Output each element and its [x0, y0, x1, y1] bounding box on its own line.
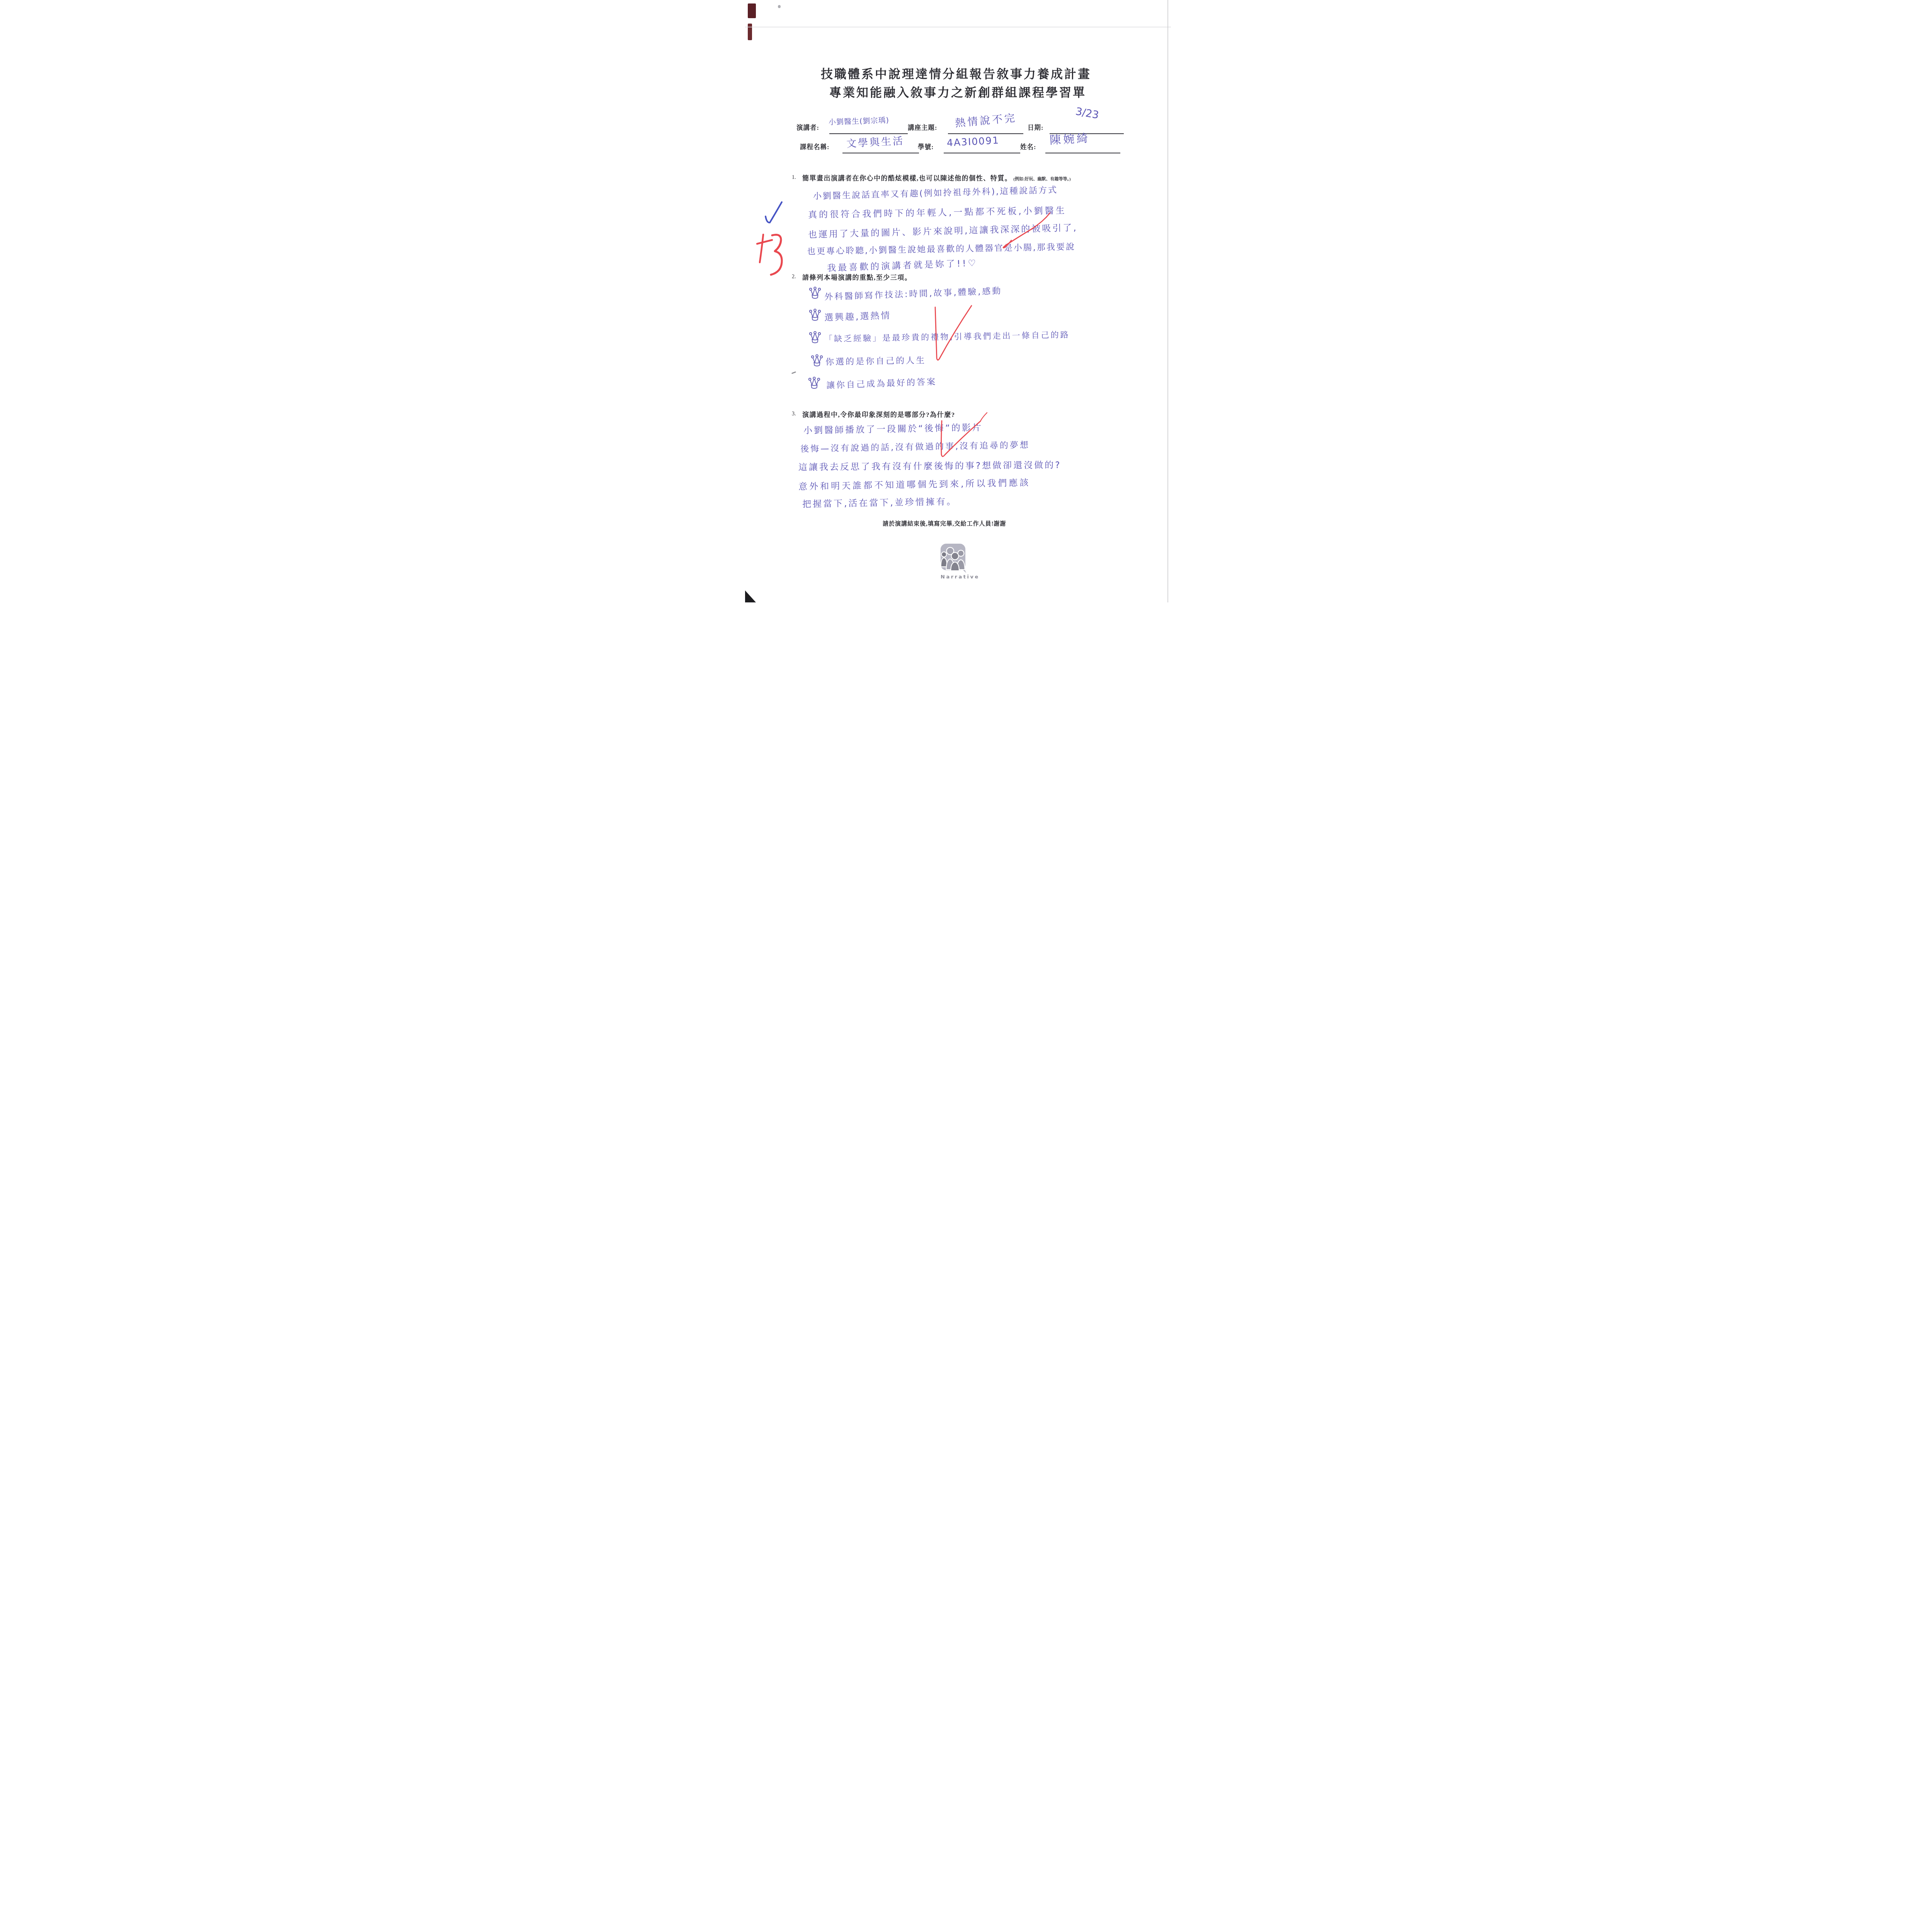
scan-artifact-corner-bar-1 — [748, 3, 756, 18]
q3-answer-line: 小劉醫師播放了一段關於“後悔”的影片 — [803, 420, 983, 436]
crown-doodle-icon — [808, 286, 822, 300]
field-underline-topic — [948, 133, 1023, 134]
field-value-date: 3/23 — [1075, 105, 1100, 121]
red-score-plus-horizontal — [757, 240, 772, 244]
red-score-plus-vertical — [760, 235, 763, 262]
q2-item-text: 選興趣,選熱情 — [824, 308, 891, 323]
q1-answer-line: 也運用了大量的圖片、影片來說明,這讓我深深的被吸引了, — [808, 221, 1078, 240]
scan-artifact-streak — [745, 27, 1171, 27]
blue-margin-checkmark — [766, 202, 782, 223]
field-value-speaker: 小劉醫生(劉宗瑀) — [829, 114, 890, 127]
q3-answer-line: 後悔—沒有說過的話,沒有做過的事,沒有追尋的夢想 — [800, 439, 1030, 454]
page-title-line-2: 專業知能融入敘事力之新創群組課程學習單 — [829, 83, 1086, 100]
narrative-logo-text: Narrative — [941, 574, 980, 580]
scan-artifact-corner-bar-2 — [748, 24, 752, 40]
field-value-course: 文學與生活 — [846, 133, 905, 150]
field-value-name: 陳婉綺 — [1049, 129, 1091, 147]
crown-doodle-icon — [807, 376, 822, 390]
field-value-topic: 熱情說不完 — [955, 109, 1018, 130]
scan-artifact-pencil-dash — [791, 371, 796, 374]
question-2-prompt: 請條列本場演講的重點,至少三項。 — [802, 272, 912, 282]
field-label-course: 課程名稱: — [800, 142, 830, 151]
q1-answer-line: 也更專心聆聽,小劉醫生說她最喜歡的人體器官是小腸,那我要說 — [807, 240, 1075, 257]
q2-item-text: 讓你自己成為最好的答案 — [826, 375, 937, 391]
question-3-number: 3. — [792, 411, 796, 417]
crown-doodle-icon — [808, 308, 822, 322]
q1-answer-line: 真的很符合我們時下的年輕人,一點都不死板,小劉醫生 — [808, 203, 1067, 221]
field-label-topic: 講座主題: — [908, 122, 938, 132]
page-title-line-1: 技職體系中說理達情分組報告敘事力養成計畫 — [821, 64, 1091, 82]
crown-doodle-icon — [808, 331, 822, 345]
field-underline-course — [842, 153, 919, 153]
field-underline-name — [1045, 153, 1120, 153]
footer-note: 請於演講結束後,填寫完畢,交給工作人員!謝謝 — [883, 519, 1006, 527]
question-3-prompt: 演講過程中,令你最印象深刻的是哪部分?為什麼? — [802, 409, 955, 419]
scan-artifact-right-edge — [1167, 0, 1168, 602]
crown-doodle-icon — [810, 354, 824, 368]
field-label-student-id: 學號: — [918, 142, 934, 151]
question-1-prompt-note: (例如:好玩、幽默、有趣等等。) — [1013, 177, 1071, 182]
q3-answer-line: 意外和明天誰都不知道哪個先到來,所以我們應該 — [798, 476, 1031, 492]
q2-item-text: 外科醫師寫作技法:時間,故事,體驗,感動 — [824, 284, 1002, 303]
q2-item-text: 你選的是你自己的人生 — [825, 354, 926, 368]
question-2-number: 2. — [792, 274, 796, 280]
field-value-student-id: 4A3I0091 — [946, 134, 999, 148]
scan-artifact-corner-wedge — [745, 590, 756, 602]
q1-answer-line: 小劉醫生說話直率又有趣(例如拎祖母外科),這種說話方式 — [813, 184, 1058, 202]
field-label-date: 日期: — [1028, 122, 1044, 132]
q3-answer-line: 把握當下,活在當下,並珍惜擁有。 — [802, 495, 957, 510]
scan-artifact-speck — [778, 5, 781, 8]
red-score-three — [771, 235, 782, 275]
question-1-number: 1. — [792, 175, 796, 181]
question-1-prompt: 簡單畫出演講者在你心中的酷炫模樣,也可以陳述他的個性、特質。 (例如:好玩、幽默… — [802, 173, 1071, 182]
field-label-name: 姓名: — [1020, 142, 1036, 151]
q2-item-text: 「缺乏經驗」是最珍貴的禮物,引導我們走出一條自己的路 — [824, 328, 1070, 344]
question-1-prompt-text: 簡單畫出演講者在你心中的酷炫模樣,也可以陳述他的個性、特質。 — [802, 175, 1012, 182]
field-label-speaker: 演講者: — [796, 122, 819, 132]
q1-answer-line: 我最喜歡的演講者就是妳了!!♡ — [827, 256, 978, 274]
narrative-logo-icon — [939, 543, 967, 574]
worksheet-page: 技職體系中說理達情分組報告敘事力養成計畫 專業知能融入敘事力之新創群組課程學習單… — [745, 0, 1171, 602]
q3-answer-line: 這讓我去反思了我有沒有什麼後悔的事?想做卻還沒做的? — [798, 458, 1062, 473]
red-check-q3-tail — [980, 413, 987, 421]
field-underline-student-id — [944, 153, 1020, 153]
